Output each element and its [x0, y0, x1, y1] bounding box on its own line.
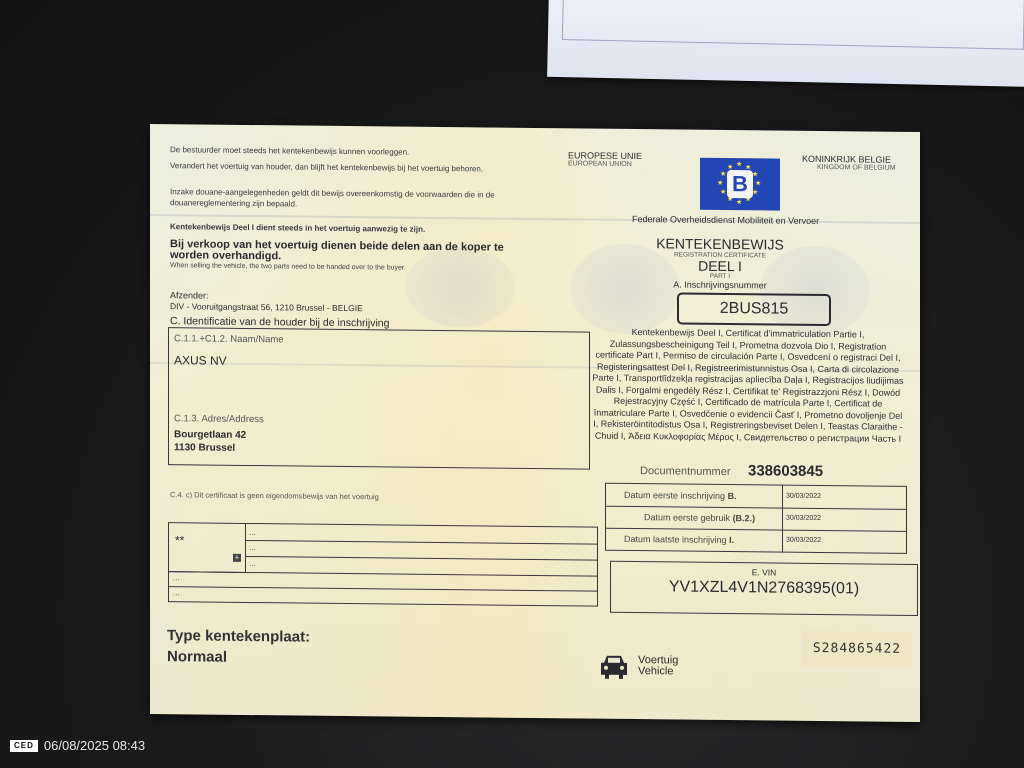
- notice-present: De bestuurder moet steeds het kentekenbe…: [170, 144, 550, 159]
- registration-certificate: De bestuurder moet steeds het kentekenbe…: [150, 124, 920, 722]
- multilingual-title: Kentekenbewijs Deel I, Certificat d'imma…: [592, 327, 904, 445]
- codes-grid-mark: **: [175, 533, 184, 547]
- notice-in-vehicle: Kentekenbewijs Deel I dient steeds in he…: [170, 221, 570, 236]
- vin-label: E. VIN: [611, 566, 917, 579]
- plus-icon: +: [233, 554, 241, 562]
- ownership-note: C.4. c) Dit certificaat is geen eigendom…: [170, 490, 379, 501]
- registration-label: A. Inschrijvingsnummer: [620, 279, 820, 291]
- photo-timestamp: 06/08/2025 08:43: [44, 738, 145, 753]
- codes-grid: ** + ... ... ... ... ...: [168, 522, 598, 607]
- plate-type-value: Normaal: [167, 648, 227, 666]
- camera-overlay: CED 06/08/2025 08:43: [10, 738, 145, 753]
- date-last-registration-label: Datum laatste inschrijving I.: [624, 534, 734, 545]
- vin-box: E. VIN YV1XZL4V1N2768395(01): [610, 561, 918, 616]
- country-label: KONINKRIJK BELGIE: [802, 154, 891, 165]
- notice-customs: Inzake douane-aangelegenheden geldt dit …: [170, 186, 550, 212]
- holder-name: AXUS NV: [174, 353, 227, 368]
- date-first-use-label: Datum eerste gebruik (B.2.): [644, 512, 755, 523]
- codes-grid-cell: ...: [249, 559, 256, 568]
- codes-grid-cell: ...: [249, 543, 256, 552]
- car-icon: [598, 653, 630, 681]
- codes-grid-mark-cell: ** +: [169, 523, 246, 573]
- sender-label: Afzender:: [170, 290, 209, 300]
- serial-sticker: S284865422: [802, 631, 912, 668]
- holder-box: C.1.1.+C1.2. Naam/Name AXUS NV C.1.3. Ad…: [168, 327, 590, 469]
- notice-sale-en: When selling the vehicle, the two parts …: [170, 262, 406, 271]
- registration-number: 2BUS815: [677, 292, 831, 326]
- country-letter: B: [727, 170, 753, 198]
- date-first-use-value: 30/03/2022: [786, 515, 821, 522]
- dates-table: Datum eerste inschrijving B. 30/03/2022 …: [605, 483, 907, 554]
- date-first-registration-label: Datum eerste inschrijving B.: [624, 490, 737, 501]
- plate-type-label: Type kentekenplaat:: [167, 627, 310, 645]
- date-first-registration-value: 30/03/2022: [786, 493, 821, 500]
- date-last-registration-value: 30/03/2022: [786, 537, 821, 544]
- notice-ownership: Verandert het voertuig van houder, dan b…: [170, 160, 530, 175]
- address-line1: Bourgetlaan 42: [174, 429, 246, 441]
- document-number: 338603845: [748, 462, 823, 480]
- eu-label-en: EUROPEAN UNION: [568, 160, 632, 168]
- vehicle-category-en: Vehicle: [638, 666, 678, 677]
- eu-flag-icon: ★★ ★★ ★★ ★★ ★★ ★★ B: [700, 158, 780, 211]
- notice-sale: Bij verkoop van het voertuig dienen beid…: [170, 239, 520, 265]
- vehicle-category: Voertuig Vehicle: [638, 655, 678, 677]
- background-paper: [547, 0, 1024, 87]
- camera-logo: CED: [10, 740, 38, 752]
- address-line2: 1130 Brussel: [174, 442, 235, 454]
- codes-grid-cell: ...: [249, 528, 256, 537]
- document-number-label: Documentnummer: [640, 465, 730, 478]
- sender-address: DIV - Vooruitgangstraat 56, 1210 Brussel…: [170, 301, 363, 313]
- codes-grid-cell: ...: [173, 588, 180, 597]
- country-label-en: KINGDOM OF BELGIUM: [817, 164, 896, 172]
- authority-name: Federale Overheidsdienst Mobiliteit en V…: [632, 214, 819, 226]
- vin-value: YV1XZL4V1N2768395(01): [611, 578, 917, 599]
- name-label: C.1.1.+C1.2. Naam/Name: [174, 333, 284, 345]
- codes-grid-cell: ...: [173, 573, 180, 582]
- address-label: C.1.3. Adres/Address: [174, 413, 264, 425]
